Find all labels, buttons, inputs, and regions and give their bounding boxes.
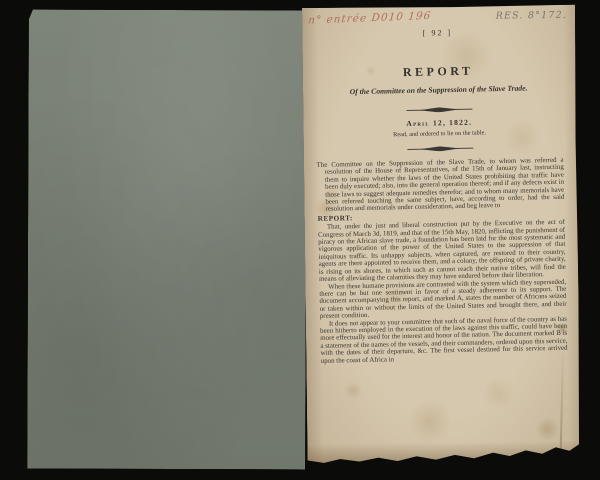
entry-number-annotation: n° entrée D010 196: [308, 10, 432, 27]
body-paragraph: When these humane provisions are contras…: [319, 278, 567, 320]
swelled-rule-ornament: [407, 146, 473, 152]
recto-report-page: n° entrée D010 196 RES. 8°172. [ 92 ] RE…: [302, 5, 581, 464]
swelled-rule-ornament: [406, 107, 472, 113]
preamble-paragraph: The Committee on the Suppression of the …: [317, 157, 565, 214]
rule-diamond: [419, 107, 459, 113]
body-paragraph: It does not appear to your committee tha…: [320, 315, 568, 365]
report-subtitle: Of the Committee on the Suppression of t…: [315, 83, 562, 97]
order-line: Read, and ordered to lie on the table.: [316, 128, 563, 140]
body-paragraph: That, under the just and liberal constru…: [318, 219, 566, 283]
scan-photo-background: n° entrée D010 196 RES. 8°172. [ 92 ] RE…: [0, 0, 600, 480]
page-number: [ 92 ]: [314, 26, 561, 40]
report-title: REPORT: [315, 62, 562, 82]
verso-blank-page: [27, 10, 307, 470]
report-body: The Committee on the Suppression of the …: [317, 157, 568, 365]
rule-diamond: [420, 146, 460, 152]
paper-crease: [560, 347, 564, 457]
printed-text-block: [ 92 ] REPORT Of the Committee on the Su…: [314, 26, 568, 365]
shelfmark-annotation: RES. 8°172.: [496, 10, 568, 22]
